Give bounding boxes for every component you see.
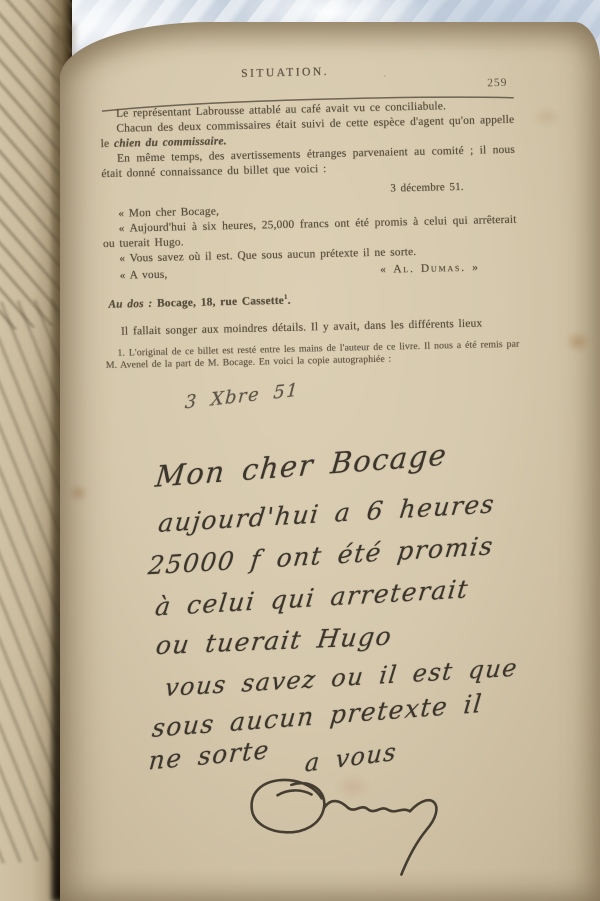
au-dos-label: Au dos : bbox=[108, 298, 152, 311]
manuscript-line: 25000 f ont été promis bbox=[147, 531, 496, 580]
page-number: 259 bbox=[487, 77, 508, 89]
ink-mark: ˏ bbox=[383, 67, 386, 77]
manuscript-date: 3 Xbre 51 bbox=[184, 380, 300, 414]
closing-left: « A vous, bbox=[120, 268, 168, 284]
au-dos-line: Au dos : Bocage, 18, rue Cassette1. bbox=[104, 285, 518, 313]
closing-signature-printed: « Al. Dumas. » bbox=[380, 261, 480, 278]
page-content: SITUATION. ˏ 259 Le représentant Labrous… bbox=[50, 16, 600, 901]
book-page: SITUATION. ˏ 259 Le représentant Labrous… bbox=[60, 22, 600, 901]
running-title: SITUATION. bbox=[241, 66, 329, 80]
manuscript-line: Mon cher Bocage bbox=[154, 437, 449, 493]
au-dos-period: . bbox=[288, 295, 291, 307]
printed-text: Le représentant Labrousse attablé au caf… bbox=[100, 98, 520, 373]
au-dos-text: Bocage, 18, rue Cassette bbox=[152, 295, 284, 310]
italic-phrase: chien du commissaire. bbox=[114, 135, 227, 150]
manuscript-line: à celui qui arreterait bbox=[154, 574, 471, 621]
footnote: 1. L'original de ce billet est resté ent… bbox=[105, 338, 519, 372]
dumas-signature-flourish bbox=[217, 761, 470, 885]
paragraph: Il fallait songer aux moindres détails. … bbox=[105, 315, 519, 339]
manuscript-line: ou tuerait Hugo bbox=[154, 621, 394, 660]
photo-of-open-book: SITUATION. ˏ 259 Le représentant Labrous… bbox=[0, 0, 600, 901]
manuscript-line: aujourd'hui a 6 heures bbox=[157, 489, 497, 538]
